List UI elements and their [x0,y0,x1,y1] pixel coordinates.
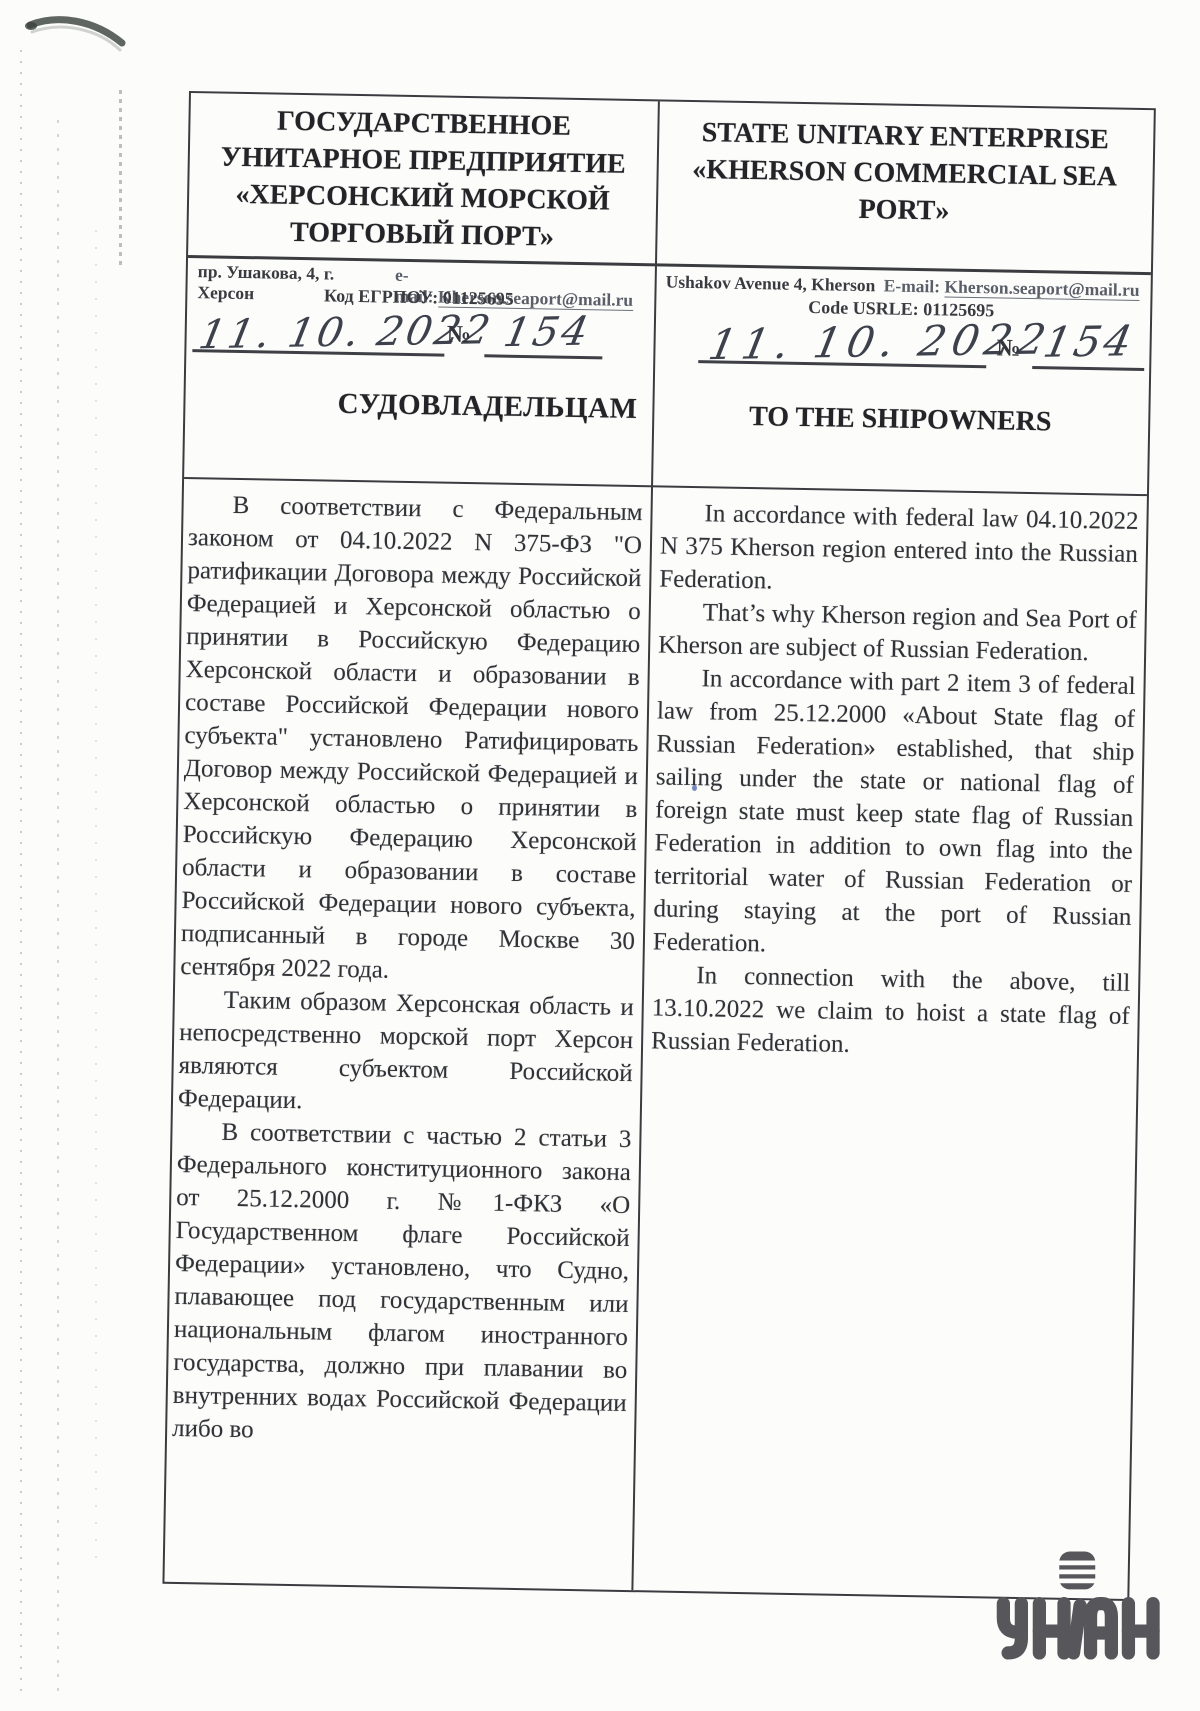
org-name-en: STATE UNITARY ENTERPRISE «KHERSON COMMER… [661,113,1149,233]
body-paragraph-ru: В соответствии с частью 2 статьи 3 Федер… [172,1115,632,1453]
staple-mark [18,5,138,63]
org-name-ru: ГОСУДАРСТВЕННОЕ УНИТАРНОЕ ПРЕДПРИЯТИЕ «Х… [192,101,654,257]
body-paragraph-en: In accordance with federal law 04.10.202… [659,496,1139,603]
salutation-ru: СУДОВЛАДЕЛЬЦАМ [185,385,638,426]
body-column-ru: В соответствии с Федеральным законом от … [169,484,642,1589]
email-en: E-mail: Kherson.seaport@mail.ru [884,275,1140,301]
body-paragraph-ru: В соответствии с Федеральным законом от … [180,488,643,991]
document-page: { "colors": { "ink": "#2f3036", "table_b… [0,0,1200,1711]
letterhead-table: ГОСУДАРСТВЕННОЕ УНИТАРНОЕ ПРЕДПРИЯТИЕ «Х… [162,91,1155,1601]
address-en: Ushakov Avenue 4, Kherson [665,272,875,297]
number-sign-ru: № [446,322,471,349]
body-paragraph-en: In connection with the above, till 13.10… [651,958,1131,1065]
scan-edge-noise [57,120,59,1700]
scan-edge-noise [20,50,22,1700]
body-paragraph-en: In accordance with part 2 item 3 of fede… [653,661,1136,966]
email-label-en: E-mail: [884,275,941,296]
body-paragraph-ru: Таким образом Херсонская область и непос… [178,983,634,1123]
number-sign-en: № [996,335,1021,362]
body-column-en: In accordance with federal law 04.10.202… [641,492,1138,1597]
number-line-en [1032,366,1144,370]
number-handwritten-en: 154 [1040,316,1139,366]
unian-watermark-logo [992,1547,1172,1665]
body-paragraph-en: That’s why Kherson region and Sea Port o… [658,595,1137,669]
scan-edge-noise [119,90,122,265]
salutation-en: TO THE SHIPOWNERS [655,399,1145,440]
email-link-en: Kherson.seaport@mail.ru [944,276,1140,300]
scan-edge-noise [95,230,97,1560]
number-handwritten-ru: 154 [500,309,595,356]
